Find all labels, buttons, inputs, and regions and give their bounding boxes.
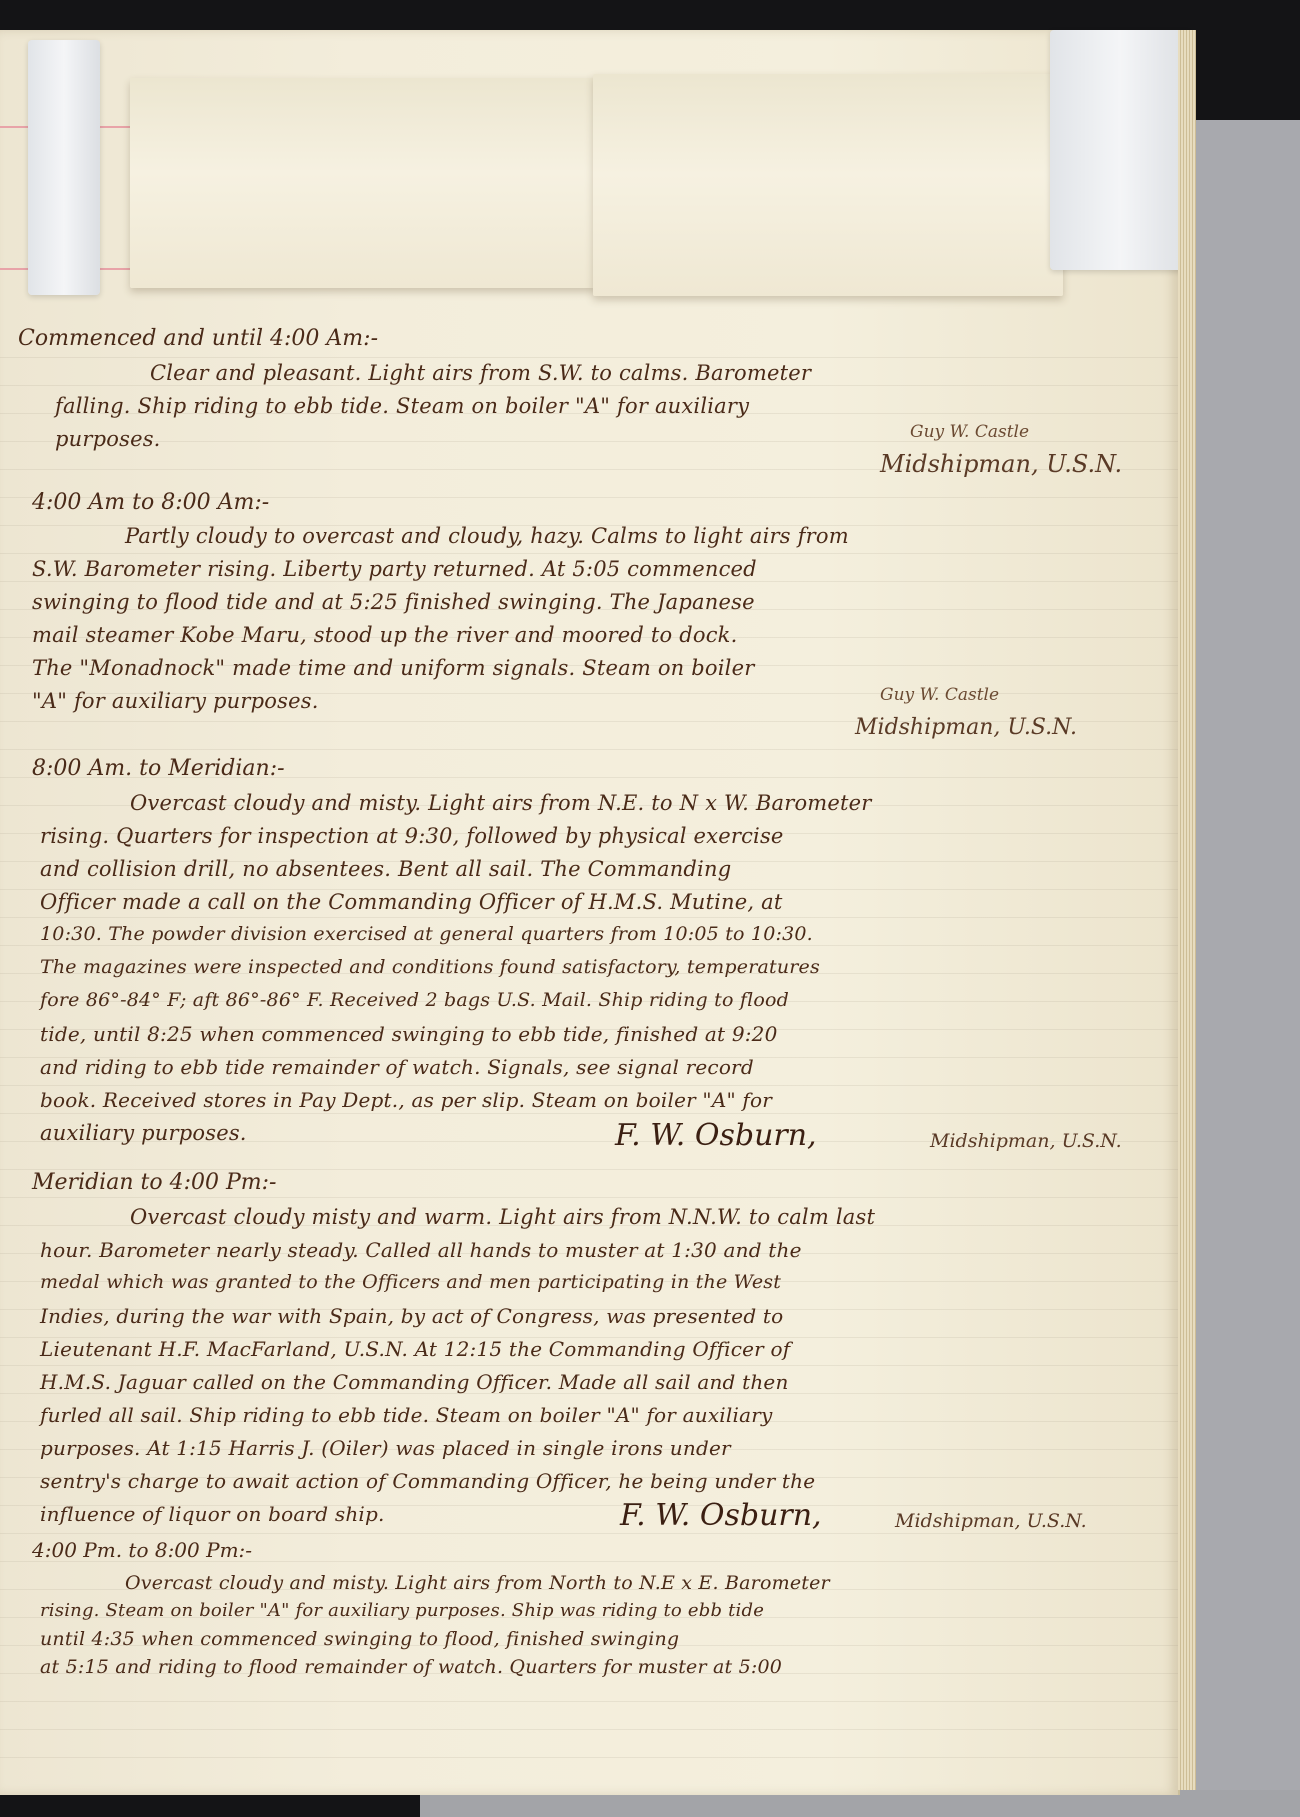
entry-line: Overcast cloudy and misty. Light airs fr… xyxy=(125,1572,830,1594)
page-edges xyxy=(1178,30,1196,1790)
entry-line: at 5:15 and riding to flood remainder of… xyxy=(40,1656,782,1678)
entry-line: until 4:35 when commenced swinging to fl… xyxy=(40,1628,679,1650)
entries-4pm-onward: Overcast cloudy and misty. Light airs fr… xyxy=(0,0,1178,1817)
background-right xyxy=(1195,120,1300,1817)
entry-line: rising. Steam on boiler "A" for auxiliar… xyxy=(40,1600,764,1621)
